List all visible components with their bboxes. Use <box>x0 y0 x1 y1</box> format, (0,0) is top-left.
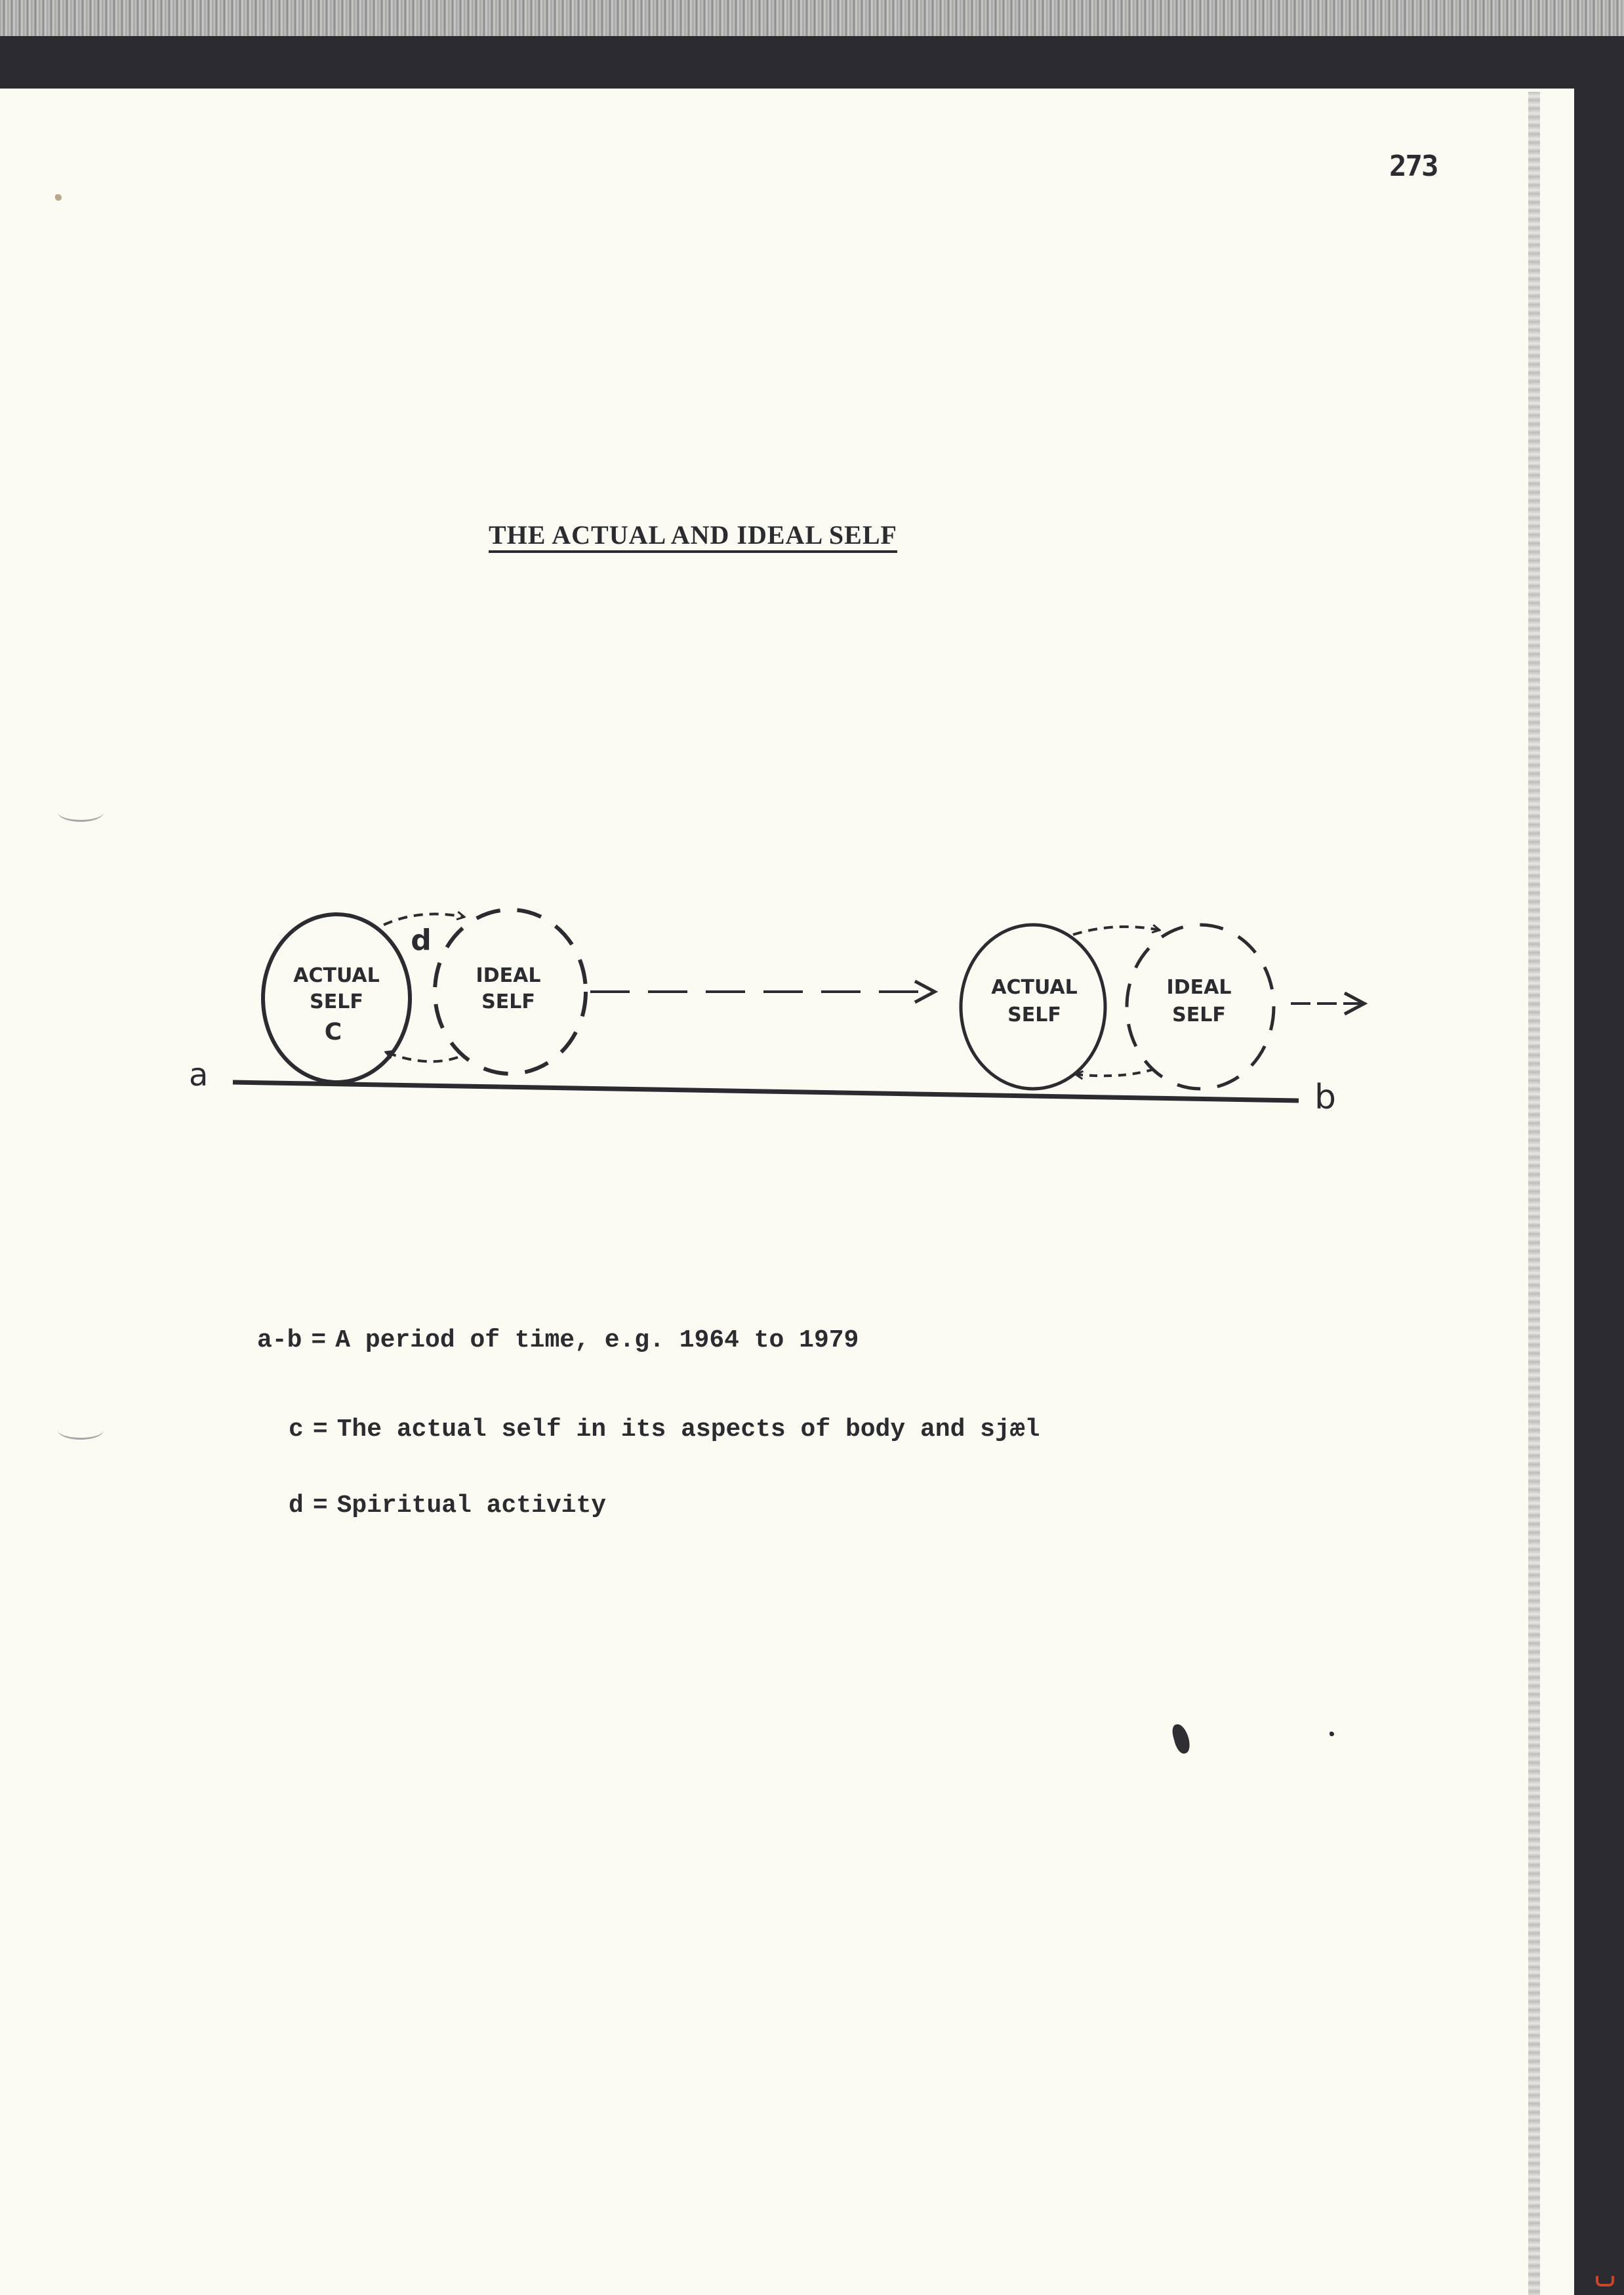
activity-arrow-up <box>1073 927 1160 935</box>
scan-top-noise <box>0 0 1624 39</box>
legend-row-d: d=Spiritual activity <box>289 1492 606 1520</box>
ideal-self-label-1: IDEAL <box>476 964 541 987</box>
ideal-self-dashed-circle <box>435 910 586 1074</box>
stage-2: ACTUAL SELF IDEAL SELF <box>961 925 1364 1089</box>
actual-self-circle <box>961 925 1105 1089</box>
marker-c: C <box>325 1019 342 1046</box>
page-title: THE ACTUAL AND IDEAL SELF <box>489 519 916 550</box>
actual-self-label-1: ACTUAL <box>293 964 379 987</box>
ink-dot <box>1330 1732 1334 1736</box>
legend-text: The actual self in its aspects of body a… <box>337 1415 1040 1444</box>
ideal-self-label-1: IDEAL <box>1167 976 1232 999</box>
legend-separator: = <box>311 1326 326 1354</box>
actual-self-label-2: SELF <box>1007 1004 1061 1026</box>
red-mark <box>1596 2276 1614 2286</box>
actual-self-label-2: SELF <box>310 990 363 1013</box>
activity-arrow-up <box>384 914 464 925</box>
ink-smudge <box>1170 1722 1192 1755</box>
marker-d: d <box>411 924 432 957</box>
actual-ideal-self-diagram: ACTUAL SELF C IDEAL SELF d ACTUAL SELF I… <box>0 0 1624 2295</box>
ideal-self-label-2: SELF <box>481 990 535 1013</box>
timeline-start-label: a <box>189 1057 208 1093</box>
legend-separator: = <box>313 1415 328 1444</box>
page-number: 273 <box>1389 150 1437 183</box>
paper-stain <box>55 194 62 201</box>
scan-right-shadow <box>1528 92 1540 2295</box>
legend-key: a-b <box>257 1326 302 1354</box>
legend-row-a-b: a-b=A period of time, e.g. 1964 to 1979 <box>257 1326 859 1354</box>
legend-key: d <box>289 1492 304 1520</box>
legend-text: Spiritual activity <box>337 1492 606 1520</box>
actual-self-label-1: ACTUAL <box>991 976 1077 999</box>
punch-hole-mark <box>58 1421 104 1440</box>
punch-hole-mark <box>58 803 104 822</box>
legend-row-c: c=The actual self in its aspects of body… <box>289 1415 1040 1444</box>
timeline-end-label: b <box>1314 1078 1336 1117</box>
return-arrow <box>1076 1069 1154 1076</box>
ideal-self-dashed-circle <box>1127 925 1274 1089</box>
stage-1: ACTUAL SELF C IDEAL SELF d <box>263 910 586 1082</box>
scan-top-border <box>0 36 1624 89</box>
legend-key: c <box>289 1415 304 1444</box>
timeline-a-b <box>233 1082 1299 1101</box>
legend-text: A period of time, e.g. 1964 to 1979 <box>335 1326 859 1354</box>
return-arrow <box>386 1052 458 1061</box>
scan-right-border <box>1574 36 1624 2295</box>
actual-self-circle <box>263 914 410 1082</box>
legend-separator: = <box>313 1492 328 1520</box>
ideal-self-label-2: SELF <box>1172 1004 1226 1026</box>
